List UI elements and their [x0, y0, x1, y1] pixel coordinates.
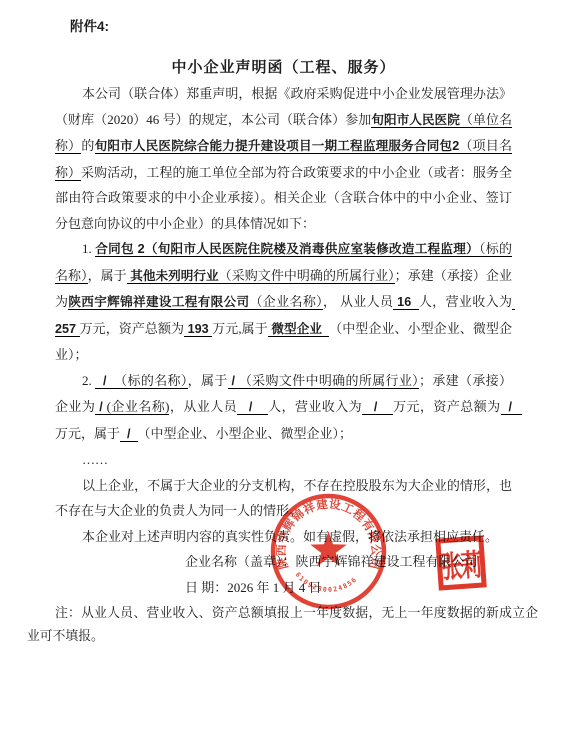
item1-text: 万元,属于: [212, 321, 268, 336]
item2-text: （中型企业、小型企业、微型企业）；: [138, 426, 353, 441]
item2-blank: /: [95, 374, 114, 389]
item2-blank: /: [120, 427, 138, 442]
item2-industry-hint: （采购文件中明确的所属行业）: [239, 373, 419, 389]
item1-industry-hint: （采购文件中明确的所属行业）: [219, 268, 395, 284]
personal-name-stamp: 张莉: [435, 535, 487, 590]
item1-text: ，属于: [88, 268, 127, 283]
ellipsis-line: ……: [55, 447, 512, 473]
document-page: 附件4: 中小企业声明函（工程、服务） 本公司（联合体）郑重声明，根据《政府采购…: [0, 0, 567, 731]
item2-blank: /: [228, 374, 239, 389]
intro-text: 的: [81, 138, 94, 153]
item1-company-hint: （企业名称）: [249, 294, 323, 310]
item2-blank: /: [501, 400, 523, 415]
item2-text: 人，营业收入为: [268, 399, 362, 414]
item-number: 2.: [82, 373, 95, 388]
intro-text: 采购活动，工程的施工单位全部为符合政策要求的中小企业（或者：服务全部由符合政策要…: [55, 165, 512, 231]
item2-blank: /: [237, 400, 268, 415]
item1-size-type: 微型企业: [268, 322, 329, 337]
item-2-paragraph: 2. / （标的名称），属于 / （采购文件中明确的所属行业）；承建（承接）企业…: [55, 368, 512, 448]
name-stamp-text: 张莉: [440, 540, 483, 586]
item2-text: ，从业人员: [169, 399, 237, 414]
item-1-paragraph: 1. 合同包 2（旬阳市人民医院住院楼及消毒供应室装修改造工程监理）（标的名称）…: [55, 236, 512, 368]
item1-subject: 合同包 2（旬阳市人民医院住院楼及消毒供应室装修改造工程监理）: [95, 242, 479, 257]
item2-text: 万元，资产总额为: [393, 399, 500, 414]
item2-blank: /: [95, 400, 106, 415]
item1-company: 陕西宇辉锦祥建设工程有限公司: [68, 295, 249, 310]
item2-subject-hint: （标的名称）: [114, 373, 188, 389]
item2-text: 万元，属于: [55, 426, 120, 441]
item1-text: 人，营业收入为: [419, 294, 512, 309]
project-name: 旬阳市人民医院综合能力提升建设项目一期工程监理服务合同包2: [95, 139, 460, 154]
item1-text: 万元，资产总额为: [80, 321, 185, 336]
attachment-label: 附件4:: [70, 14, 512, 39]
page-title: 中小企业声明函（工程、服务）: [55, 55, 512, 81]
item-number: 1.: [82, 241, 95, 256]
item1-assets-value: 193: [184, 322, 212, 337]
declaration-intro-paragraph: 本公司（联合体）郑重声明，根据《政府采购促进中小企业发展管理办法》（财库（202…: [55, 81, 512, 236]
item2-company-hint: (企业名称): [107, 399, 170, 415]
item2-text: ，属于: [188, 373, 228, 388]
purchaser-name: 旬阳市人民医院: [371, 113, 460, 128]
item1-employees-value: 16: [393, 295, 419, 310]
footnote: 注：从业人员、营业收入、资产总额填报上一年度数据，无上一年度数据的新成立企业可不…: [27, 602, 538, 647]
item2-blank: /: [362, 400, 393, 415]
item1-text: ， 从业人员: [323, 294, 393, 309]
item1-industry: 其他未列明行业: [127, 269, 219, 284]
no-large-enterprise-paragraph: 以上企业，不属于大企业的分支机构，不存在控股股东为大企业的情形，也不存在与大企业…: [55, 473, 512, 524]
